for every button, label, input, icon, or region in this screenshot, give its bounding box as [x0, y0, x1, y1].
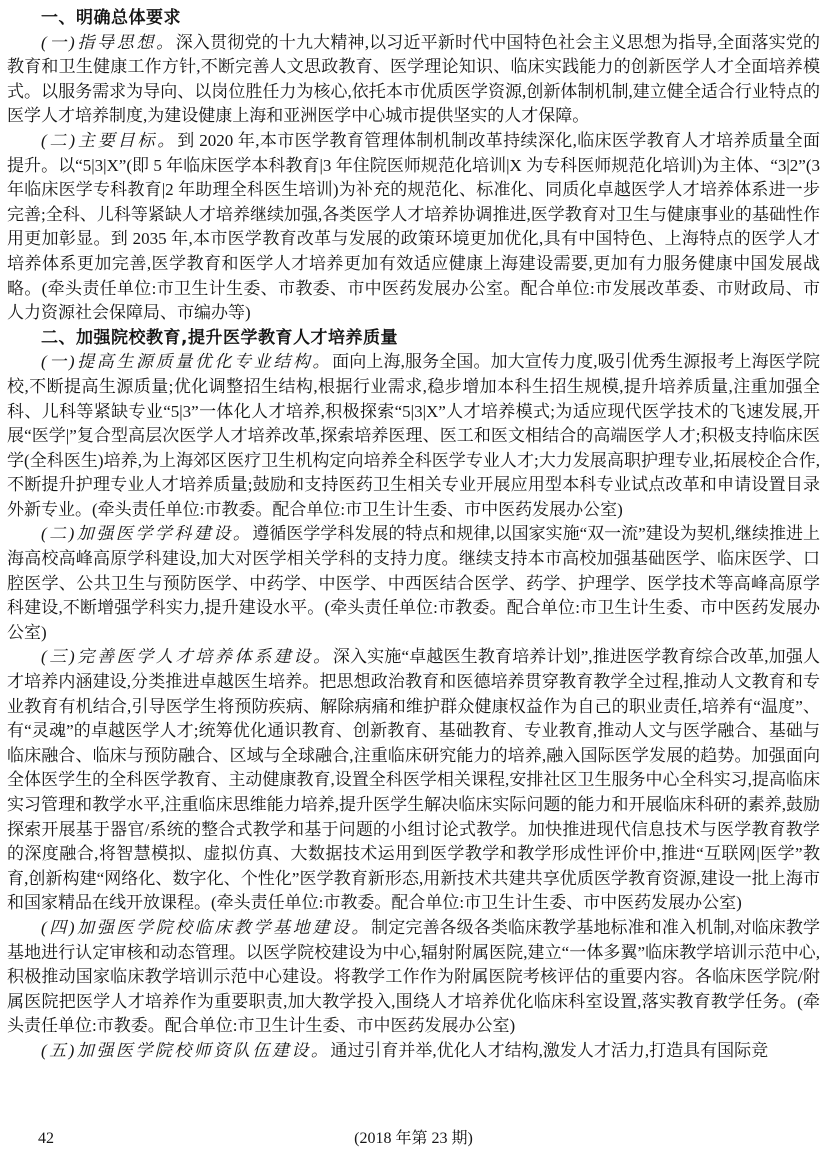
para-talent-training-system-text: 深入实施“卓越医生教育培养计划”,推进医学教育综合改革,加强人才培养内涵建设,分… [7, 647, 820, 912]
para-clinical-teaching-base: (四)加强医学院校临床教学基地建设。制定完善各级各类临床教学基地标准和准入机制,… [7, 916, 820, 1039]
issue-label: (2018 年第 23 期) [354, 1130, 473, 1147]
section-heading-1: 一、明确总体要求 [7, 6, 820, 31]
page-footer: 42 (2018 年第 23 期) [0, 1126, 827, 1152]
para-student-source-quality-text: 面向上海,服务全国。加大宣传力度,吸引优秀生源报考上海医学院校,不断提高生源质量… [7, 352, 820, 519]
para-talent-training-system: (三)完善医学人才培养体系建设。深入实施“卓越医生教育培养计划”,推进医学教育综… [7, 645, 820, 916]
para-student-source-quality-lead: (一)提高生源质量优化专业结构。 [41, 352, 332, 371]
para-guiding-ideology-lead: (一)指导思想。 [41, 33, 176, 52]
para-main-goals-text: 到 2020 年,本市医学教育管理体制机制改革持续深化,临床医学教育人才培养质量… [7, 131, 820, 322]
page-number: 42 [38, 1126, 54, 1152]
para-guiding-ideology: (一)指导思想。深入贯彻党的十九大精神,以习近平新时代中国特色社会主义思想为指导… [7, 31, 820, 129]
para-discipline-construction: (二)加强医学学科建设。遵循医学学科发展的特点和规律,以国家实施“双一流”建设为… [7, 522, 820, 645]
para-talent-training-system-lead: (三)完善医学人才培养体系建设。 [41, 647, 333, 666]
para-discipline-construction-lead: (二)加强医学学科建设。 [41, 524, 252, 543]
para-student-source-quality: (一)提高生源质量优化专业结构。面向上海,服务全国。加大宣传力度,吸引优秀生源报… [7, 350, 820, 522]
para-faculty-building: (五)加强医学院校师资队伍建设。通过引育并举,优化人才结构,激发人才活力,打造具… [7, 1039, 820, 1064]
para-main-goals: (二)主要目标。到 2020 年,本市医学教育管理体制机制改革持续深化,临床医学… [7, 129, 820, 326]
para-faculty-building-text: 通过引育并举,优化人才结构,激发人才活力,打造具有国际竞 [330, 1041, 768, 1060]
section-heading-2: 二、加强院校教育,提升医学教育人才培养质量 [7, 326, 820, 351]
para-main-goals-lead: (二)主要目标。 [41, 131, 177, 150]
para-clinical-teaching-base-lead: (四)加强医学院校临床教学基地建设。 [41, 918, 371, 937]
document-page: 一、明确总体要求 (一)指导思想。深入贯彻党的十九大精神,以习近平新时代中国特色… [0, 0, 827, 1170]
para-faculty-building-lead: (五)加强医学院校师资队伍建设。 [41, 1041, 330, 1060]
